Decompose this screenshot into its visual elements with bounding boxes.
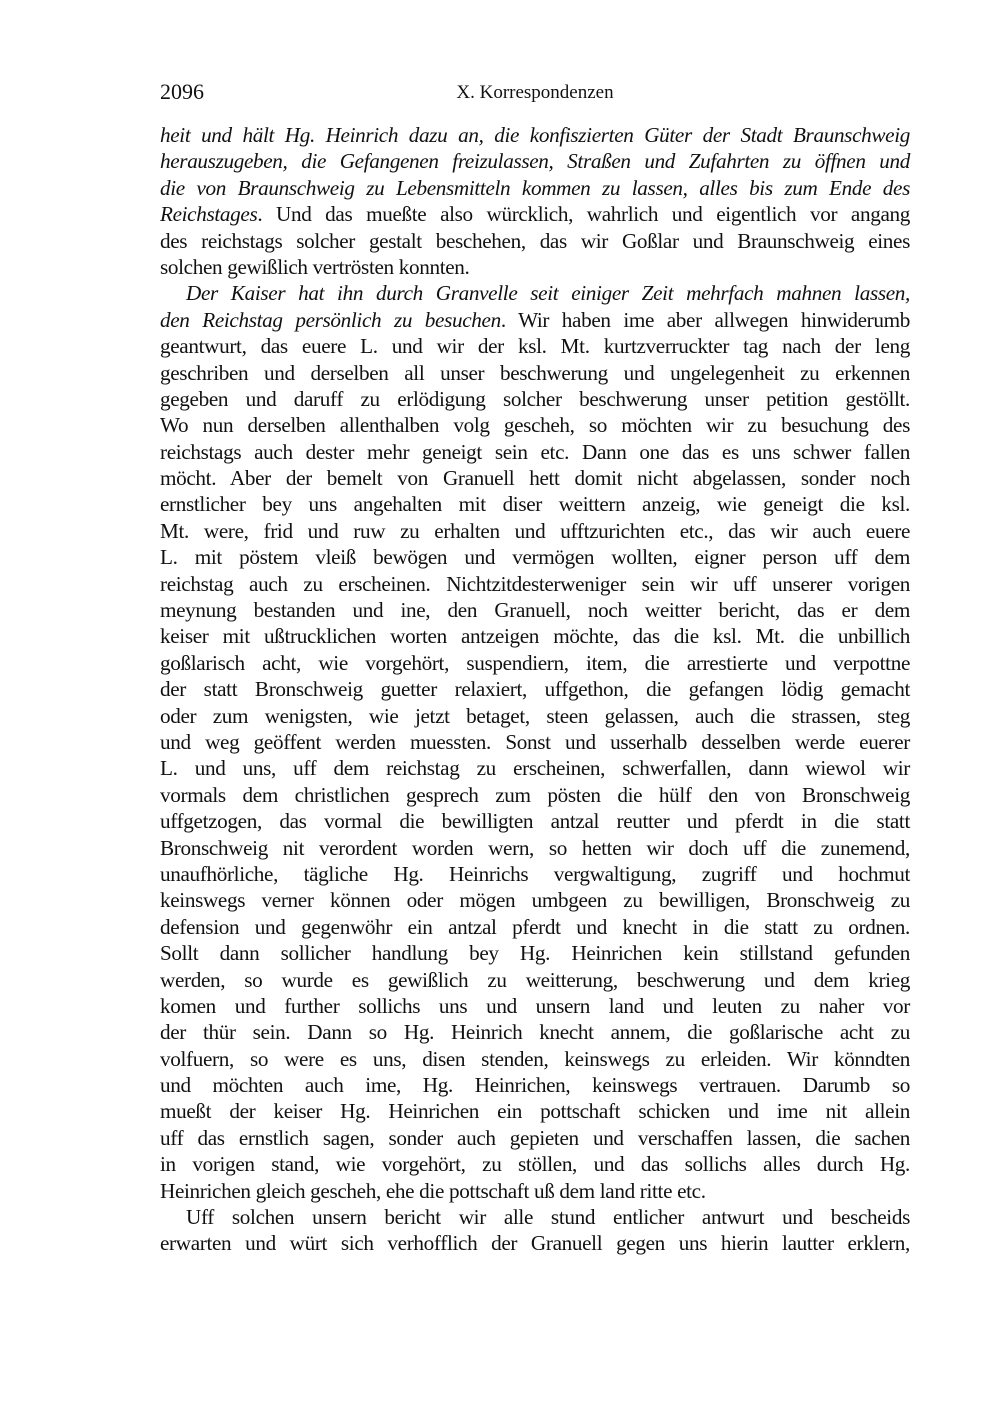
- quoted-source-text: keiser mit ußtrucklichen worten antzeige…: [160, 624, 910, 648]
- italic-summary-text: Reichstages: [160, 202, 257, 226]
- quoted-source-text: uffgetzogen, das vormal die bewilligten …: [160, 809, 910, 833]
- text-line: in vorigen stand, wie vorgehört, zu stöl…: [160, 1151, 910, 1177]
- text-line: werden, so wurde es gewißlich zu weitter…: [160, 967, 910, 993]
- text-line: uffgetzogen, das vormal die bewilligten …: [160, 808, 910, 834]
- text-line: des reichstags solcher gestalt beschehen…: [160, 228, 910, 254]
- text-line: keinswegs verner können oder mögen umbge…: [160, 887, 910, 913]
- quoted-source-text: gegeben und daruff zu erlödigung solcher…: [160, 387, 910, 411]
- text-line: geantwurt, das euere L. und wir der ksl.…: [160, 333, 910, 359]
- quoted-source-text: Heinrichen gleich gescheh, ehe die potts…: [160, 1179, 706, 1203]
- quoted-source-text: und weg geöffent werden muessten. Sonst …: [160, 730, 910, 754]
- quoted-source-text: der statt Bronschweig guetter relaxiert,…: [160, 677, 910, 701]
- text-line: L. mit pöstem vleiß bewögen und vermögen…: [160, 544, 910, 570]
- quoted-source-text: oder zum wenigsten, wie jetzt betaget, s…: [160, 704, 910, 728]
- quoted-source-text: geantwurt, das euere L. und wir der ksl.…: [160, 334, 910, 358]
- text-line: reichstag auch zu erscheinen. Nichtzitde…: [160, 571, 910, 597]
- quoted-source-text: geschriben und derselben all unser besch…: [160, 361, 910, 385]
- body-text: heit und hält Hg. Heinrich dazu an, die …: [160, 122, 910, 1257]
- quoted-source-text: unaufhörliche, tägliche Hg. Heinrichs ve…: [160, 862, 910, 886]
- quoted-source-text: reichstags auch dester mehr geneigt sein…: [160, 440, 910, 464]
- italic-summary-text: die von Braunschweig zu Lebensmitteln ko…: [160, 176, 910, 200]
- text-line: Sollt dann sollicher handlung bey Hg. He…: [160, 940, 910, 966]
- quoted-source-text: des reichstags solcher gestalt beschehen…: [160, 229, 910, 253]
- italic-summary-text: den Reichstag persönlich zu besuchen: [160, 308, 501, 332]
- quoted-source-text: erwarten und würt sich verhofflich der G…: [160, 1231, 910, 1255]
- text-line: möcht. Aber der bemelt von Granuell hett…: [160, 465, 910, 491]
- text-line: meynung bestanden und ine, den Granuell,…: [160, 597, 910, 623]
- text-line: den Reichstag persönlich zu besuchen. Wi…: [160, 307, 910, 333]
- quoted-source-text: Wo nun derselben allenthalben volg gesch…: [160, 413, 910, 437]
- text-line: der statt Bronschweig guetter relaxiert,…: [160, 676, 910, 702]
- quoted-source-text: in vorigen stand, wie vorgehört, zu stöl…: [160, 1152, 910, 1176]
- quoted-source-text: möcht. Aber der bemelt von Granuell hett…: [160, 466, 910, 490]
- text-line: und weg geöffent werden muessten. Sonst …: [160, 729, 910, 755]
- italic-summary-text: Der Kaiser hat ihn durch Granvelle seit …: [186, 281, 910, 305]
- quoted-source-text: L. und uns, uff dem reichstag zu erschei…: [160, 756, 910, 780]
- quoted-source-text: solchen gewißlich vertrösten konnten.: [160, 255, 470, 279]
- text-line: Mt. were, frid und ruw zu erhalten und u…: [160, 518, 910, 544]
- text-line: defension und gegenwöhr ein antzal pferd…: [160, 914, 910, 940]
- text-line: erwarten und würt sich verhofflich der G…: [160, 1230, 910, 1256]
- text-line: keiser mit ußtrucklichen worten antzeige…: [160, 623, 910, 649]
- quoted-source-text: vormals dem christlichen gesprech zum pö…: [160, 783, 910, 807]
- quoted-source-text: und möchten auch ime, Hg. Heinrichen, ke…: [160, 1073, 910, 1097]
- quoted-source-text: keinswegs verner können oder mögen umbge…: [160, 888, 910, 912]
- quoted-source-text: volfuern, so were es uns, disen stenden,…: [160, 1047, 910, 1071]
- text-line: L. und uns, uff dem reichstag zu erschei…: [160, 755, 910, 781]
- italic-summary-text: herauszugeben, die Gefangenen freizulass…: [160, 149, 910, 173]
- quoted-source-text: Mt. were, frid und ruw zu erhalten und u…: [160, 519, 910, 543]
- quoted-source-text: werden, so wurde es gewißlich zu weitter…: [160, 968, 910, 992]
- text-line: goßlarisch acht, wie vorgehört, suspendi…: [160, 650, 910, 676]
- text-line: Der Kaiser hat ihn durch Granvelle seit …: [160, 280, 910, 306]
- text-line: mueßt der keiser Hg. Heinrichen ein pott…: [160, 1098, 910, 1124]
- text-line: heit und hält Hg. Heinrich dazu an, die …: [160, 122, 910, 148]
- quoted-source-text: komen und further sollichs uns und unser…: [160, 994, 910, 1018]
- text-line: geschriben und derselben all unser besch…: [160, 360, 910, 386]
- text-line: solchen gewißlich vertrösten konnten.: [160, 254, 910, 280]
- text-line: Wo nun derselben allenthalben volg gesch…: [160, 412, 910, 438]
- text-line: und möchten auch ime, Hg. Heinrichen, ke…: [160, 1072, 910, 1098]
- text-line: reichstags auch dester mehr geneigt sein…: [160, 439, 910, 465]
- document-page: 2096 X. Korrespondenzen heit und hält Hg…: [0, 0, 1004, 1418]
- text-line: uff das ernstlich sagen, sonder auch gep…: [160, 1125, 910, 1151]
- italic-summary-text: heit und hält Hg. Heinrich dazu an, die …: [160, 123, 910, 147]
- quoted-source-text: der thür sein. Dann so Hg. Heinrich knec…: [160, 1020, 910, 1044]
- page-header: 2096 X. Korrespondenzen: [160, 78, 910, 106]
- quoted-source-text: goßlarisch acht, wie vorgehört, suspendi…: [160, 651, 910, 675]
- text-line: der thür sein. Dann so Hg. Heinrich knec…: [160, 1019, 910, 1045]
- text-line: Uff solchen unsern bericht wir alle stun…: [160, 1204, 910, 1230]
- text-line: volfuern, so were es uns, disen stenden,…: [160, 1046, 910, 1072]
- text-line: Heinrichen gleich gescheh, ehe die potts…: [160, 1178, 910, 1204]
- text-line: herauszugeben, die Gefangenen freizulass…: [160, 148, 910, 174]
- quoted-source-text: . Und das mueßte also würcklich, wahrlic…: [257, 202, 910, 226]
- text-line: ernstlicher bey uns angehalten mit diser…: [160, 491, 910, 517]
- text-line: unaufhörliche, tägliche Hg. Heinrichs ve…: [160, 861, 910, 887]
- quoted-source-text: meynung bestanden und ine, den Granuell,…: [160, 598, 910, 622]
- text-line: Bronschweig nit verordent worden wern, s…: [160, 835, 910, 861]
- running-head: X. Korrespondenzen: [160, 80, 910, 106]
- quoted-source-text: mueßt der keiser Hg. Heinrichen ein pott…: [160, 1099, 910, 1123]
- quoted-source-text: . Wir haben ime aber allwegen hinwiderum…: [501, 308, 910, 332]
- quoted-source-text: Sollt dann sollicher handlung bey Hg. He…: [160, 941, 910, 965]
- quoted-source-text: ernstlicher bey uns angehalten mit diser…: [160, 492, 910, 516]
- quoted-source-text: Uff solchen unsern bericht wir alle stun…: [186, 1205, 910, 1229]
- quoted-source-text: uff das ernstlich sagen, sonder auch gep…: [160, 1126, 910, 1150]
- text-line: Reichstages. Und das mueßte also würckli…: [160, 201, 910, 227]
- quoted-source-text: reichstag auch zu erscheinen. Nichtzitde…: [160, 572, 910, 596]
- text-line: oder zum wenigsten, wie jetzt betaget, s…: [160, 703, 910, 729]
- quoted-source-text: L. mit pöstem vleiß bewögen und vermögen…: [160, 545, 910, 569]
- text-line: vormals dem christlichen gesprech zum pö…: [160, 782, 910, 808]
- quoted-source-text: defension und gegenwöhr ein antzal pferd…: [160, 915, 910, 939]
- quoted-source-text: Bronschweig nit verordent worden wern, s…: [160, 836, 910, 860]
- text-line: gegeben und daruff zu erlödigung solcher…: [160, 386, 910, 412]
- text-line: komen und further sollichs uns und unser…: [160, 993, 910, 1019]
- text-line: die von Braunschweig zu Lebensmitteln ko…: [160, 175, 910, 201]
